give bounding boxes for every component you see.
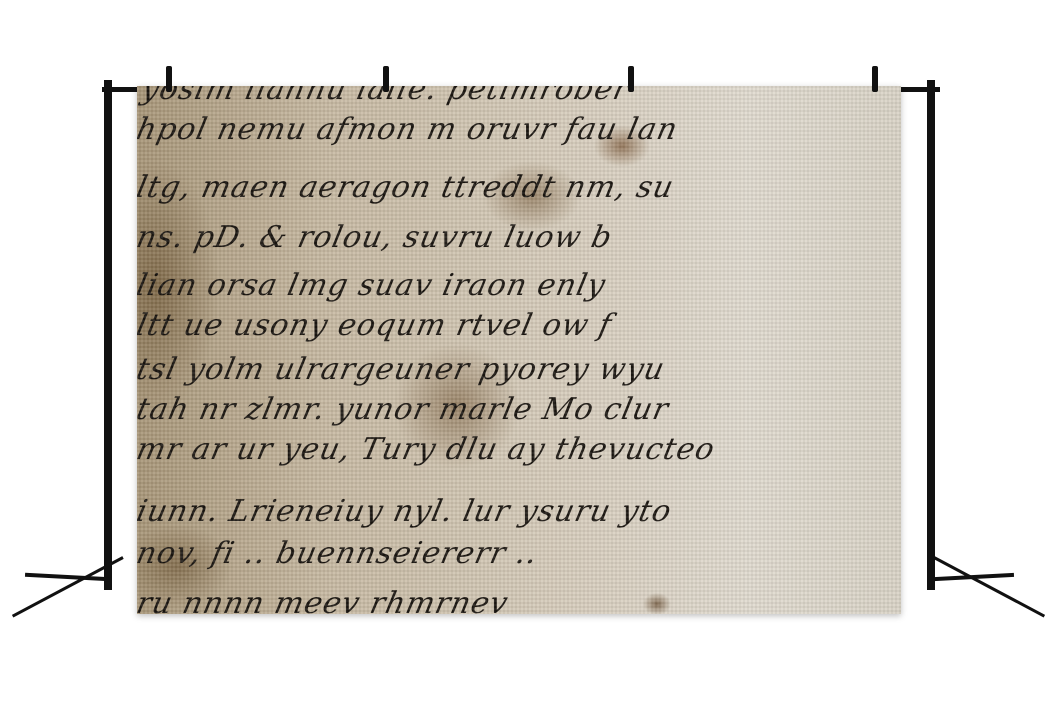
script-backdrop: yoslm liahnu lalle. petimrober hpol nemu… — [137, 86, 901, 614]
right-pole — [927, 80, 935, 590]
script-line: nov, fi .. buennseiererr .. — [137, 536, 541, 571]
script-line: tah nr zlmr. yunor marle Mo clur — [137, 392, 672, 427]
clamp-clip — [628, 66, 634, 92]
right-leg-a — [933, 556, 1045, 617]
left-pole — [104, 80, 112, 590]
clamp-clip — [383, 66, 389, 92]
script-line: ns. pD. & rolou, suvru luow b — [137, 220, 616, 255]
left-leg-b — [25, 573, 110, 581]
script-line: ru nnnn meev rhmrnev — [137, 586, 512, 614]
script-line: ltg, maen aeragon ttreddt nm, su — [137, 170, 677, 205]
script-line: ltt ue usony eoqum rtvel ow f — [137, 308, 615, 343]
script-line: hpol nemu afmon m oruvr fau lan — [137, 112, 681, 147]
script-line: mr ar ur yeu, Tury dlu ay thevucteo — [137, 432, 718, 467]
clamp-clip — [872, 66, 878, 92]
script-line: tsl yolm ulrargeuner pyorey wyu — [137, 352, 668, 387]
script-line: iunn. Lrieneiuy nyl. lur ysuru yto — [137, 494, 675, 529]
script-line: lian orsa lmg suav iraon enly — [137, 268, 609, 303]
clamp-clip — [166, 66, 172, 92]
